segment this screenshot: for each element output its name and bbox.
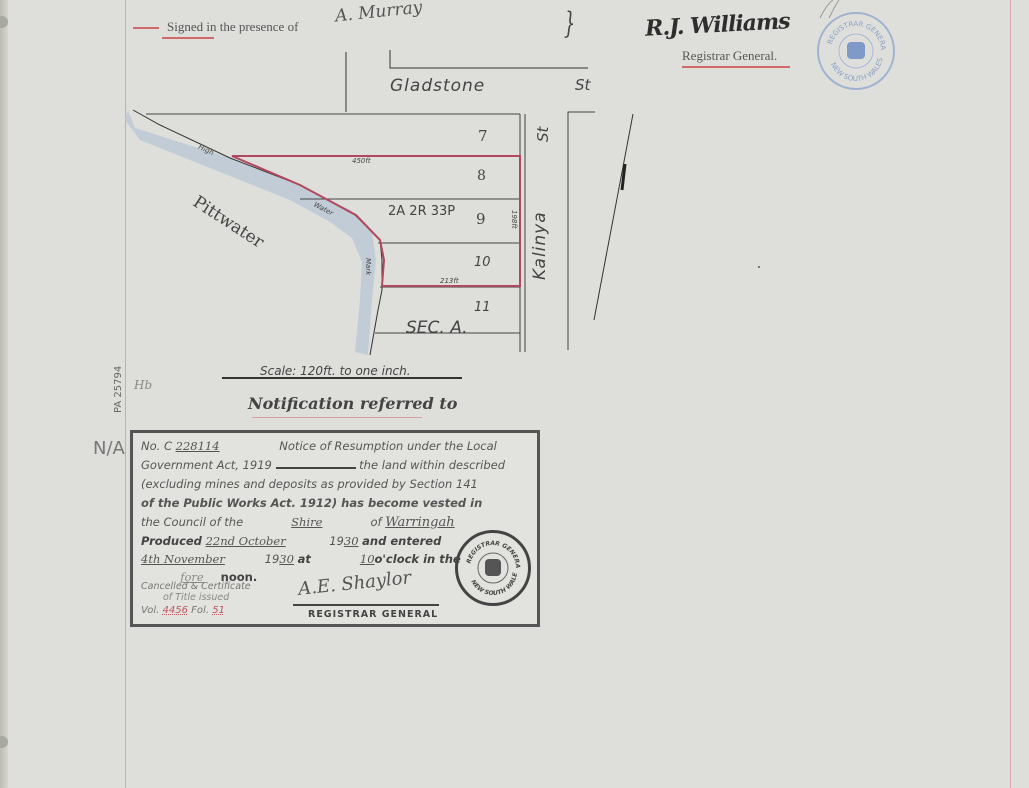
dim-bottom: 213ft (440, 277, 459, 285)
margin-initials: Hb (134, 378, 152, 392)
notification-heading: Notification referred to (248, 394, 457, 413)
map-scale: Scale: 120ft. to one inch. (260, 364, 411, 378)
scale-rule (222, 377, 462, 379)
produced-year: 30 (344, 534, 359, 548)
heading-underline (252, 417, 422, 418)
street-gladstone-suffix: St (575, 76, 590, 94)
dim-side: 198ft (510, 210, 518, 229)
ref-number: PA 25794 (113, 366, 124, 413)
street-kalinya-suffix: St (534, 127, 552, 142)
council-name: Warringah (385, 515, 495, 530)
council-type: Shire (247, 515, 367, 529)
lot-7: 7 (478, 127, 488, 145)
lot-9: 9 (476, 210, 486, 228)
notice-line1: Notice of Resumption under the Local (279, 439, 497, 453)
at-label: at (298, 552, 311, 566)
notice-no-label: No. C (141, 439, 172, 453)
speck (758, 266, 760, 268)
vol-label: Vol. (141, 605, 159, 616)
label-mark: Mark (364, 258, 372, 275)
registrar-seal-black: REGISTRAR GENERAL NEW SOUTH WALES (455, 530, 531, 606)
entered-label: and entered (362, 534, 441, 548)
vol-value: 4456 (163, 605, 188, 616)
resumption-notice: No. C 228114 Notice of Resumption under … (130, 430, 540, 627)
notice-no-value: 228114 (176, 439, 276, 453)
notice-line5b: of (370, 515, 381, 529)
produced-year-prefix: 19 (329, 534, 344, 548)
survey-map (0, 0, 1029, 400)
clock-label: o'clock in the (375, 552, 461, 566)
notice-line3: (excluding mines and deposits as provide… (141, 477, 478, 491)
cancelled-label: Cancelled & Certificate (141, 581, 251, 592)
na-note: N/A (93, 438, 125, 459)
notice-registrar-label: REGISTRAR GENERAL (308, 609, 438, 620)
fol-label: Fol. (191, 605, 209, 616)
entered-hour: 10 (315, 552, 375, 566)
registrar-signature-notice: A.E. Shaylor (297, 567, 412, 600)
title-issued: of Title issued (163, 592, 229, 603)
notice-line2: Government Act, 1919 (141, 458, 272, 472)
street-gladstone: Gladstone (390, 76, 485, 96)
produced-label: Produced (141, 534, 202, 548)
notice-line4: of the Public Works Act. 1912) has becom… (141, 496, 482, 510)
section-label: SEC. A. (406, 318, 468, 338)
notice-line2-rest: the land within described (359, 458, 505, 472)
seal-crest-icon: REGISTRAR GENERAL NEW SOUTH WALES (461, 536, 525, 600)
entered-year-prefix: 19 (265, 552, 280, 566)
entered-year: 30 (279, 552, 294, 566)
produced-date: 22nd October (206, 534, 326, 548)
dim-top: 450ft (352, 157, 371, 165)
signature-line (293, 604, 439, 606)
lot-11: 11 (474, 300, 491, 315)
lot-8: 8 (477, 168, 486, 184)
street-kalinya: Kalinya (530, 211, 550, 280)
lot-10: 10 (474, 255, 491, 270)
fol-value: 51 (212, 605, 252, 616)
document-page: Signed in the presence of A. Murray } R.… (0, 0, 1029, 788)
entered-date: 4th November (141, 552, 261, 566)
notice-line5a: the Council of the (141, 515, 243, 529)
lot-area: 2A 2R 33P (388, 204, 455, 219)
